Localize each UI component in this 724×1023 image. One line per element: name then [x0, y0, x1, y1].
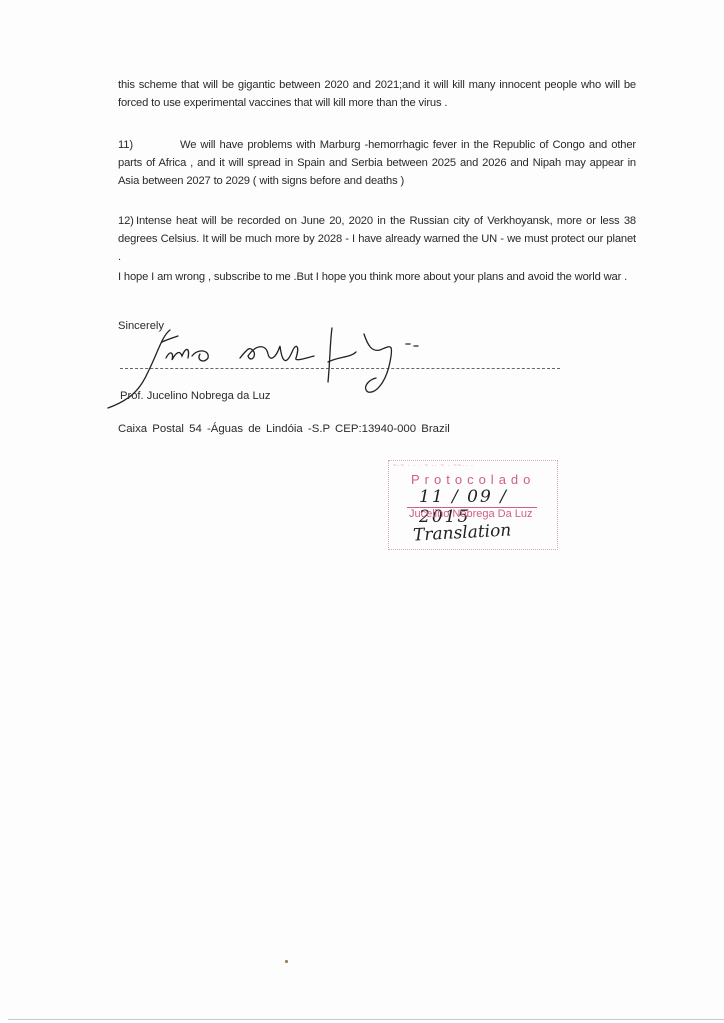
item-number: 11): [118, 136, 180, 154]
item-number: 12): [118, 212, 136, 230]
protocol-stamp: ~·~ · · · ~ ·· ~ · ~~·· · Protocolado 11…: [388, 460, 558, 550]
stamp-name: Jucelino Nobrega Da Luz: [409, 508, 533, 520]
item-text: We will have problems with Marburg -hemo…: [118, 139, 636, 187]
stamp-faded-text: ~·~ · · · ~ ·· ~ · ~~·· ·: [393, 463, 474, 469]
paragraph-hope: I hope I am wrong , subscribe to me .But…: [118, 268, 636, 286]
stamp-title: Protocolado: [411, 472, 535, 487]
item-text: Intense heat will be recorded on June 20…: [118, 215, 636, 263]
stamp-handwritten-note: Translation: [413, 520, 512, 545]
paragraph-intro: this scheme that will be gigantic betwee…: [118, 76, 636, 112]
page-edge-line: [8, 1019, 724, 1020]
mailing-address: Caixa Postal 54 -Águas de Lindóia -S.P C…: [118, 423, 450, 435]
paragraph-item-12: 12)Intense heat will be recorded on June…: [118, 212, 636, 266]
scan-speck: [285, 960, 288, 963]
paragraph-item-11: 11)We will have problems with Marburg -h…: [118, 136, 636, 190]
signer-name: Prof. Jucelino Nobrega da Luz: [120, 390, 271, 402]
